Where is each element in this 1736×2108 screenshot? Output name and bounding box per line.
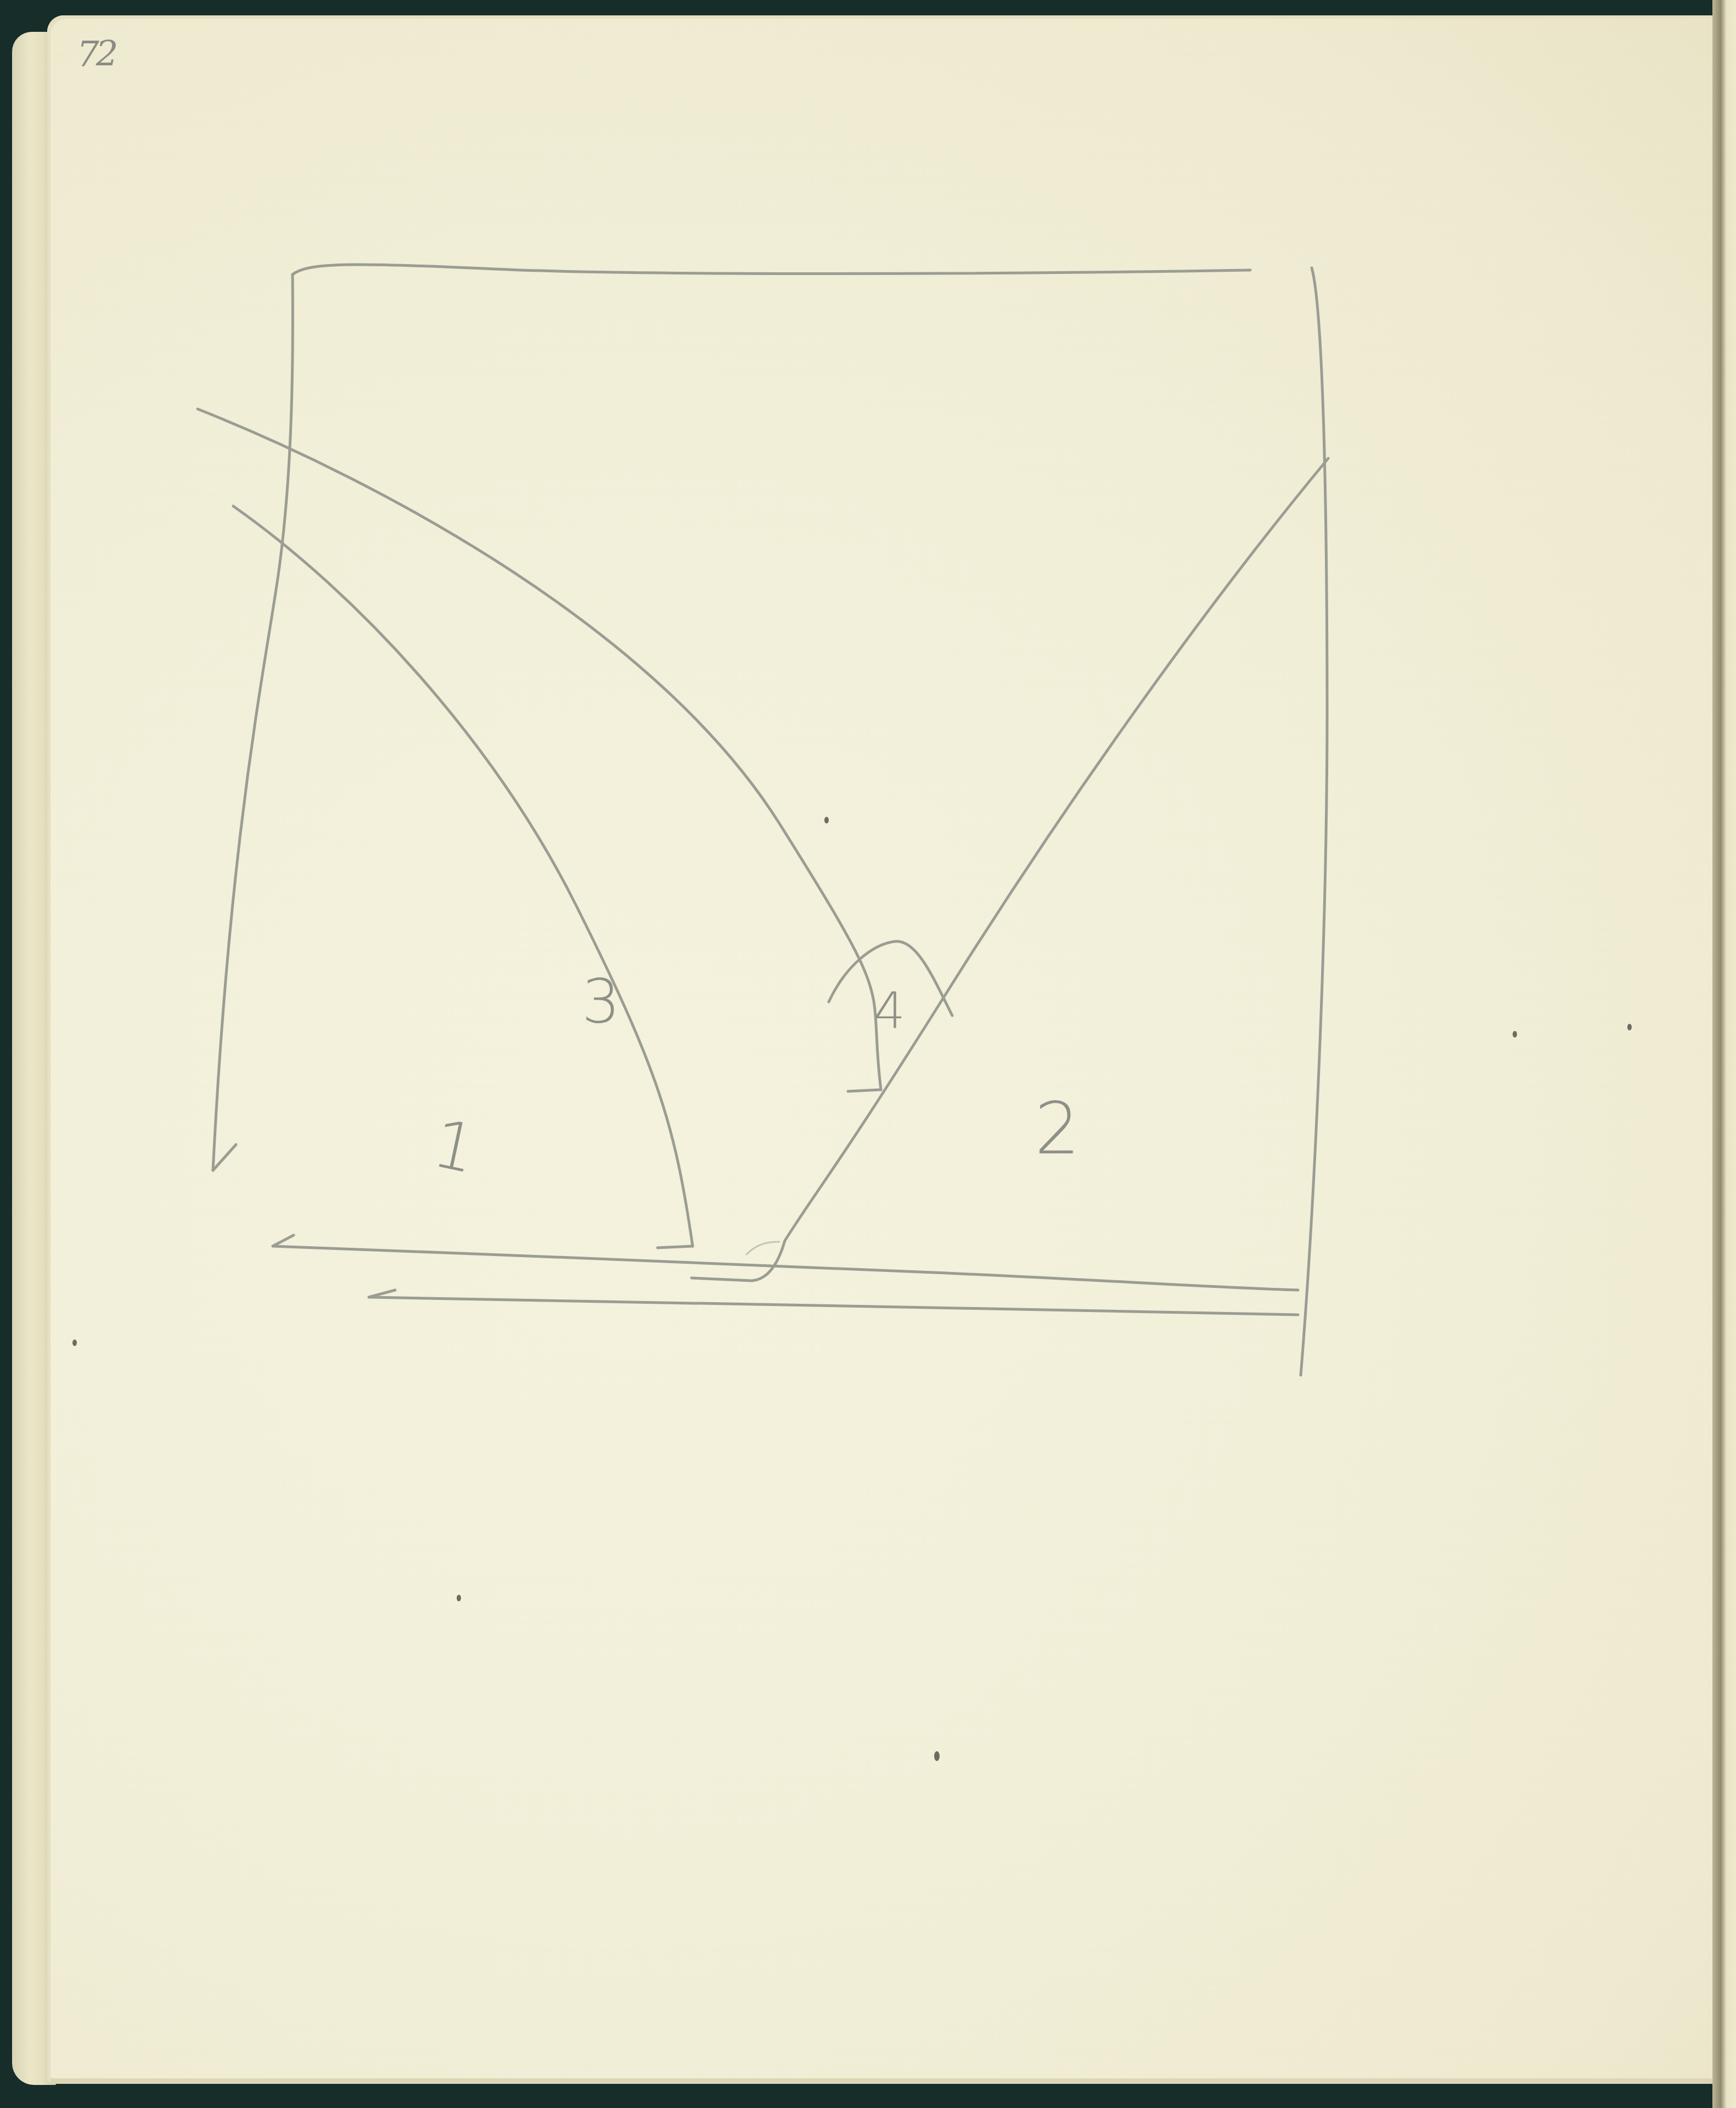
region-label-4: 4 bbox=[874, 983, 905, 1040]
paper-speck bbox=[824, 817, 829, 823]
frame-right-line bbox=[1301, 268, 1327, 1375]
lower-curve-foot bbox=[658, 1246, 693, 1248]
frame-left-tick bbox=[213, 1145, 236, 1170]
frame-left-line bbox=[213, 274, 293, 1170]
paper-speck bbox=[934, 1751, 940, 1761]
frame-top-line bbox=[293, 265, 1250, 274]
paper-speck bbox=[1627, 1024, 1632, 1030]
paper-speck bbox=[72, 1339, 77, 1346]
scanned-sketchbook-page: 72 1 2 3 4 bbox=[0, 0, 1736, 2108]
v-line bbox=[692, 458, 1328, 1281]
pencil-sketch bbox=[0, 0, 1736, 2108]
upper-curve-foot bbox=[848, 1090, 881, 1091]
v-line-smudge bbox=[746, 1242, 779, 1254]
bottom-line-lower bbox=[369, 1290, 1298, 1315]
upper-curve bbox=[198, 409, 881, 1090]
region-label-2: 2 bbox=[1035, 1087, 1080, 1170]
region-label-3: 3 bbox=[582, 966, 620, 1036]
paper-speck bbox=[1513, 1031, 1517, 1038]
paper-speck bbox=[457, 1595, 461, 1601]
